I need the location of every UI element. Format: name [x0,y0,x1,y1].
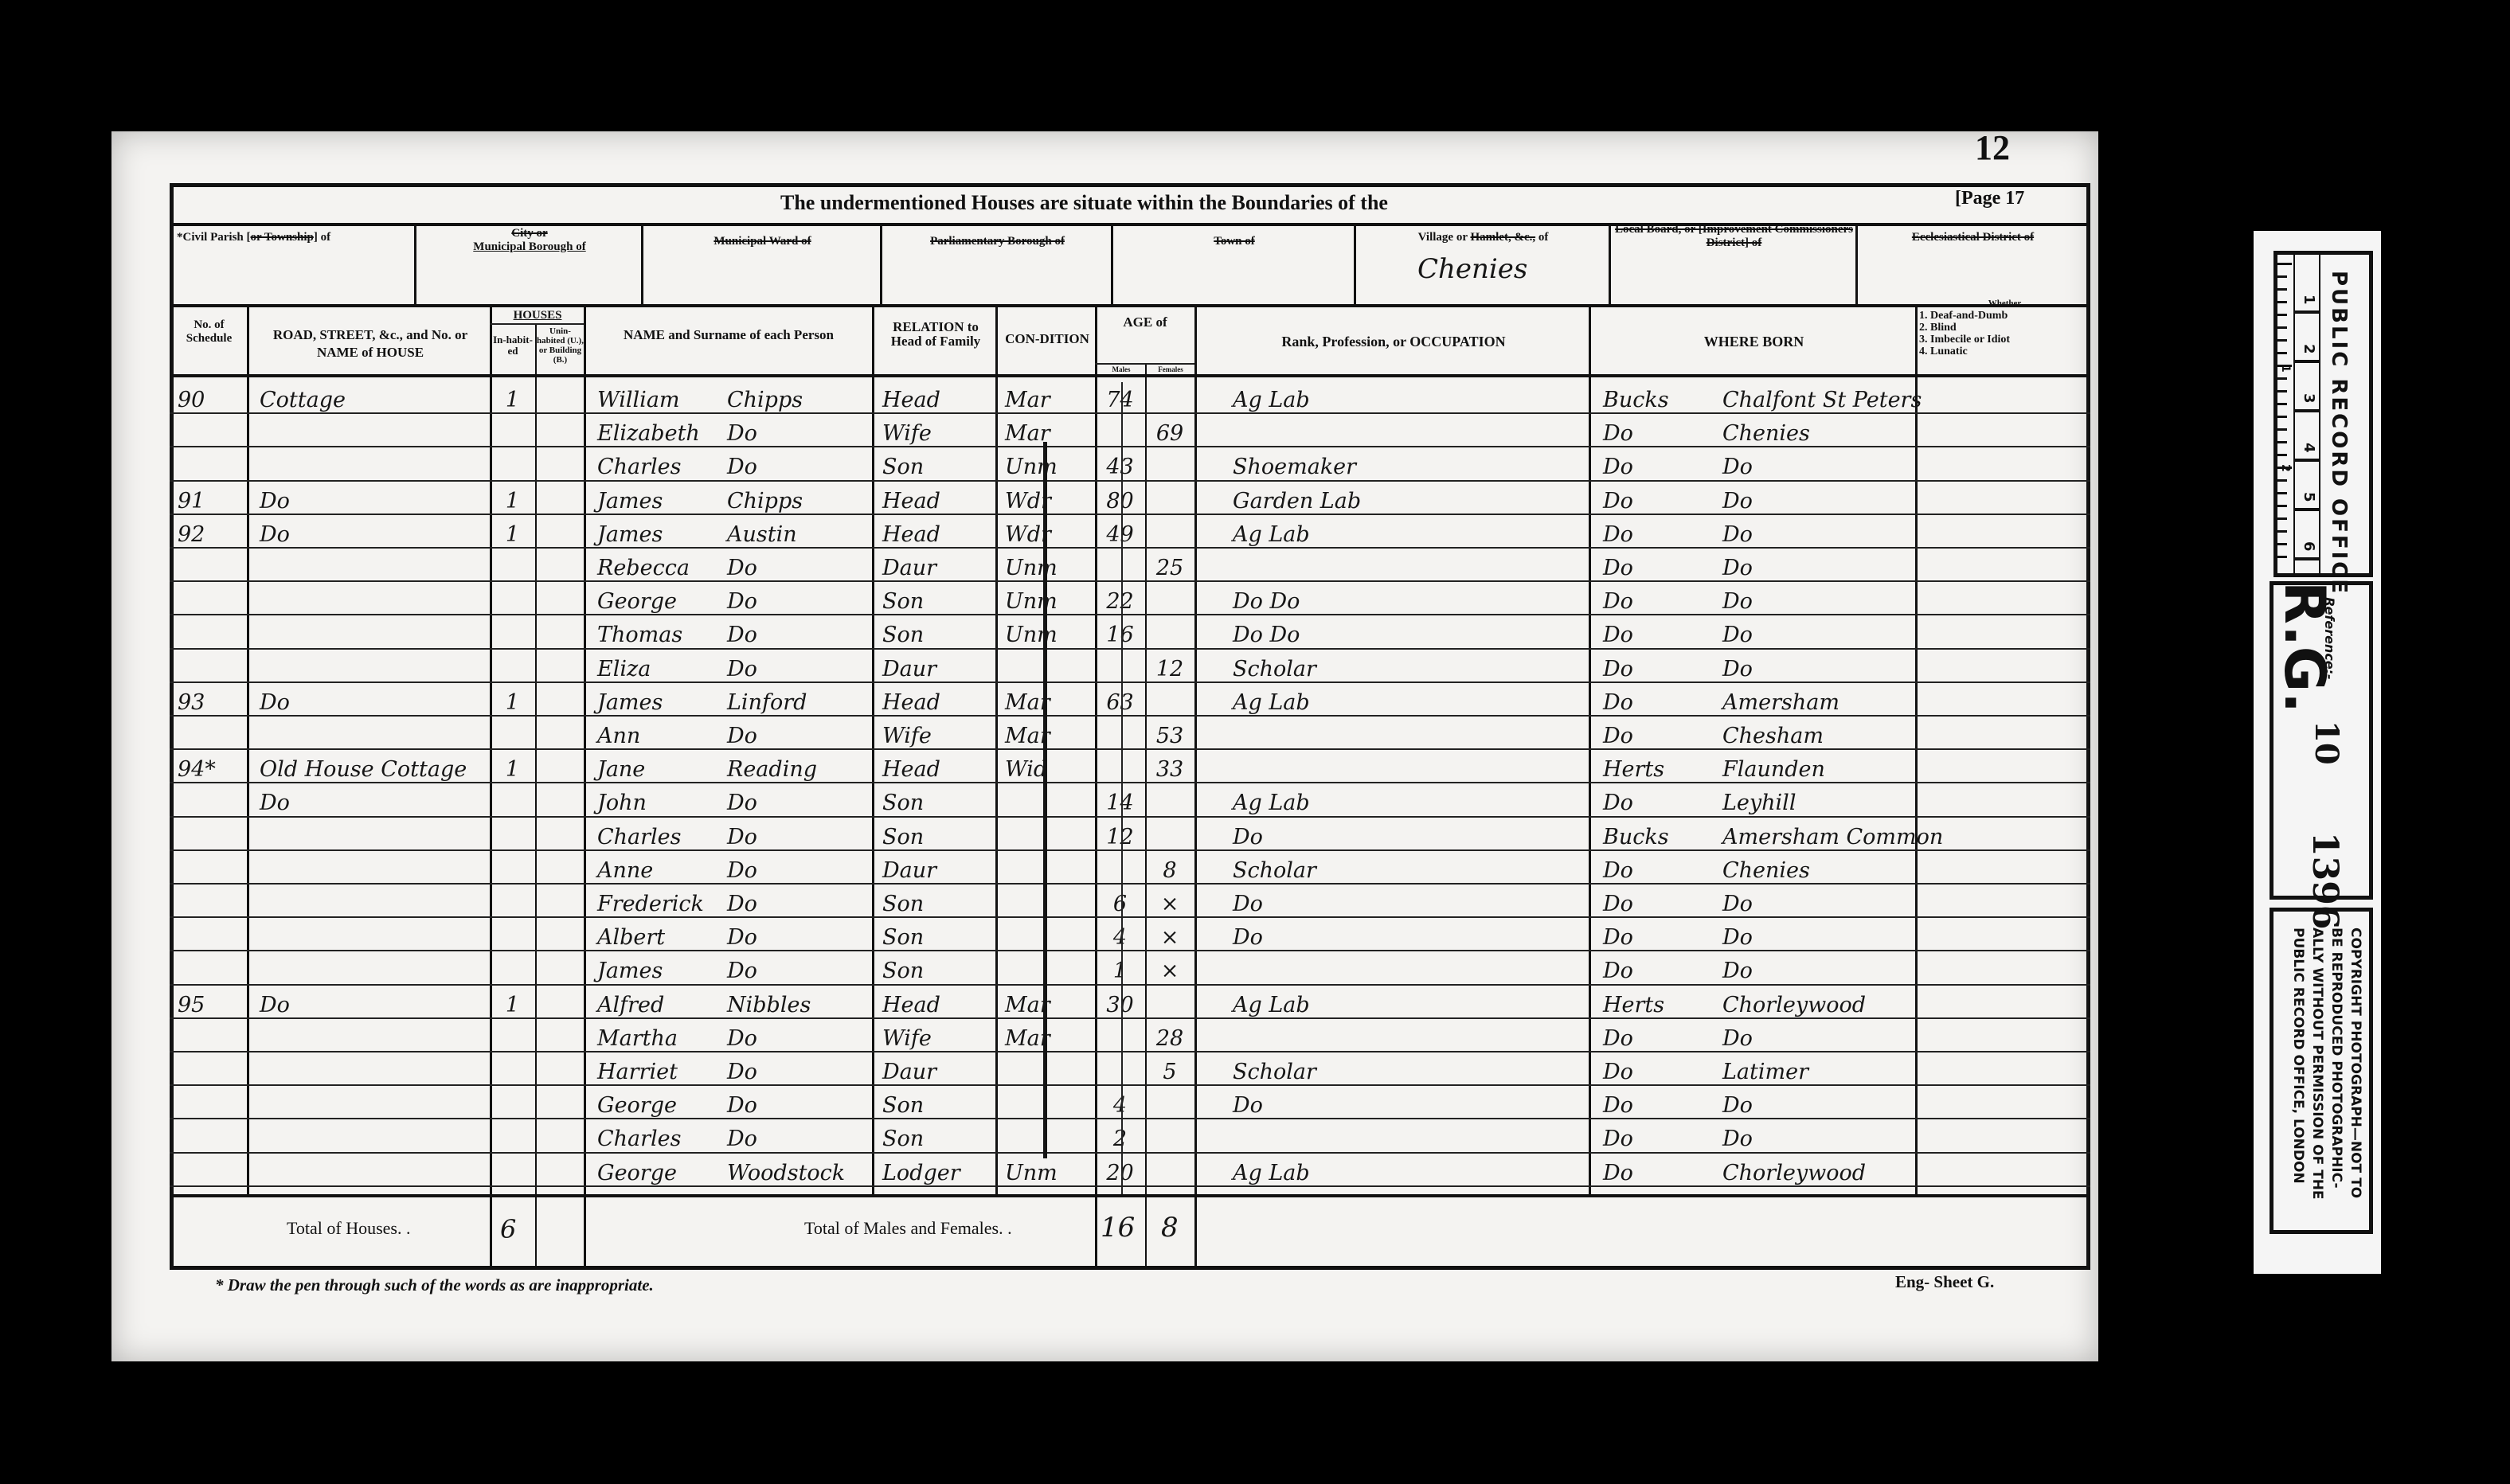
row-forename: Alfred [591,986,726,1017]
row-forename: Frederick [591,885,726,916]
row-road [253,1019,490,1051]
row-surname: Do [721,1119,872,1151]
row-surname: Do [721,885,872,916]
row-forename: George [591,582,726,614]
row-forename: John [591,783,726,815]
row-inhabited [490,1052,535,1084]
row-male-age: 22 [1095,582,1145,614]
row-surname: Chipps [721,482,872,514]
row-occupation: Do Do [1226,615,1589,647]
row-forename: George [591,1154,726,1185]
row-male-age [1095,414,1145,446]
pro-office-label: PUBLIC RECORD OFFICE [2327,271,2351,596]
ruler-tick [2276,517,2287,520]
row-born-county: Do [1597,1019,1716,1051]
row-surname: Do [721,650,872,681]
row-surname: Nibbles [721,986,872,1017]
scale-number: 5 [2301,492,2317,502]
scale-divider [2295,508,2319,511]
row-male-age [1095,1019,1145,1051]
row-schedule [171,783,247,815]
col-uninhabited-header: Unin-habited (U.), or Building (B.) [537,326,584,365]
ruler-tick [2276,275,2287,278]
rule [1855,225,1858,304]
row-male-age: 49 [1095,515,1145,547]
col-relation-header: RELATION to Head of Family [876,320,995,349]
row-inhabited: 1 [490,750,535,782]
row-born-place: Do [1716,615,1955,647]
row-born-county: Herts [1597,750,1716,782]
row-born-place: Do [1716,447,1955,479]
row-surname: Do [721,818,872,849]
row-male-age: 43 [1095,447,1145,479]
row-relation: Head [876,683,995,715]
row-schedule: 95 [171,986,247,1017]
ruler-tick [2276,352,2287,354]
class-number: 10 [2308,721,2345,765]
row-schedule [171,1086,247,1118]
row-female-age: × [1145,918,1194,950]
row-inhabited [490,650,535,681]
row-occupation [1226,750,1589,782]
row-inhabited: 1 [490,515,535,547]
row-inhabited [490,414,535,446]
row-born-county: Do [1597,482,1716,514]
row-inhabited [490,1154,535,1185]
row-relation: Son [876,582,995,614]
ruler-tick [2276,339,2287,342]
row-relation: Son [876,1119,995,1151]
row-forename: Charles [591,1119,726,1151]
row-male-age [1095,549,1145,580]
scale-box [2273,251,2373,577]
ruler-tick [2276,377,2287,380]
row-occupation: Garden Lab [1226,482,1589,514]
row-occupation: Scholar [1226,650,1589,681]
row-relation: Head [876,381,995,412]
row-schedule: 93 [171,683,247,715]
total-males-value: 16 [1101,1212,1135,1244]
row-male-age: 30 [1095,986,1145,1017]
row-born-county: Do [1597,717,1716,748]
scale-divider [2295,409,2319,412]
row-inhabited [490,582,535,614]
row-forename: William [591,381,726,412]
row-schedule [171,414,247,446]
row-relation: Son [876,951,995,983]
row-female-age [1145,582,1194,614]
row-forename: Anne [591,851,726,883]
row-female-age: × [1145,885,1194,916]
row-road [253,717,490,748]
row-road [253,1086,490,1118]
row-male-age [1095,650,1145,681]
row-road: Do [253,515,490,547]
row-road [253,851,490,883]
ruler-tick [2276,505,2287,507]
village-label: Village or Hamlet, &c., of [1358,231,1609,244]
row-road [253,447,490,479]
scale-divider [2295,360,2319,363]
row-female-age: 5 [1145,1052,1194,1084]
total-houses-label: Total of Houses. . [287,1218,411,1239]
rule [170,304,2090,307]
row-born-county: Do [1597,1119,1716,1151]
rule [584,306,586,1270]
row-schedule [171,615,247,647]
ruler-tick [2276,530,2287,533]
row-inhabited: 1 [490,381,535,412]
rule [2319,255,2320,573]
row-relation: Daur [876,1052,995,1084]
row-forename: James [591,951,726,983]
age-ditto-stroke [1121,382,1123,1194]
row-born-place: Do [1716,549,1955,580]
row-schedule [171,1019,247,1051]
scale-divider [2295,459,2319,462]
row-female-age [1145,986,1194,1017]
row-forename: James [591,515,726,547]
row-born-place: Chorleywood [1716,986,1955,1017]
row-born-county: Do [1597,650,1716,681]
row-road [253,885,490,916]
row-rule [170,1185,2090,1187]
parliamentary-borough-label: Parliamentary Borough of [884,235,1111,248]
ruler-tick [2276,479,2287,482]
row-road [253,549,490,580]
village-value: Chenies [1417,253,1527,285]
row-born-place: Do [1716,1019,1955,1051]
row-male-age: 6 [1095,885,1145,916]
archive-reference-strip: PUBLIC RECORD OFFICE 123456 12 Reference… [2254,231,2381,1274]
row-born-county: Do [1597,851,1716,883]
row-inhabited [490,549,535,580]
rule [641,225,643,304]
row-road [253,818,490,849]
row-surname: Do [721,414,872,446]
row-female-age [1145,1086,1194,1118]
row-born-place: Amersham [1716,683,1955,715]
row-born-county: Do [1597,549,1716,580]
row-female-age: × [1145,951,1194,983]
scale-divider [2295,557,2319,560]
ruler-tick [2276,441,2287,443]
row-surname: Do [721,717,872,748]
row-male-age: 14 [1095,783,1145,815]
civil-parish-label: *Civil Parish [or Township] of [177,231,412,244]
col-infirmity-header: Whether 1. Deaf-and-Dumb 2. Blind 3. Imb… [1919,298,2090,357]
row-road: Do [253,683,490,715]
row-inhabited [490,918,535,950]
row-born-county: Do [1597,918,1716,950]
row-forename: Harriet [591,1052,726,1084]
col-houses-header: HOUSES [491,309,584,322]
row-schedule: 92 [171,515,247,547]
row-forename: James [591,683,726,715]
ruler-tick [2276,428,2287,431]
ecclesiastical-district-label: Ecclesiastical District of [1859,231,2086,244]
row-schedule [171,918,247,950]
row-born-county: Do [1597,447,1716,479]
row-inhabited [490,851,535,883]
row-male-age [1095,1052,1145,1084]
row-born-place: Do [1716,582,1955,614]
row-surname: Do [721,615,872,647]
municipal-ward-label: Municipal Ward of [645,235,880,248]
row-schedule: 91 [171,482,247,514]
row-occupation [1226,717,1589,748]
row-relation: Wife [876,1019,995,1051]
row-road [253,1052,490,1084]
series-code: R.G. [2272,581,2337,713]
row-occupation: Do [1226,1086,1589,1118]
row-born-county: Do [1597,582,1716,614]
row-forename: Charles [591,818,726,849]
row-occupation: Ag Lab [1226,683,1589,715]
ruler-number: 2 [2279,464,2292,472]
row-schedule [171,1154,247,1185]
row-forename: Rebecca [591,549,726,580]
row-born-county: Do [1597,683,1716,715]
ruler-tick [2276,390,2287,392]
row-female-age [1145,783,1194,815]
row-road [253,1119,490,1151]
row-surname: Chipps [721,381,872,412]
row-relation: Wife [876,717,995,748]
row-inhabited [490,783,535,815]
row-forename: James [591,482,726,514]
row-born-place: Do [1716,885,1955,916]
row-surname: Do [721,783,872,815]
row-female-age: 25 [1145,549,1194,580]
row-born-place: Chenies [1716,414,1955,446]
row-born-county: Do [1597,615,1716,647]
row-female-age [1145,683,1194,715]
row-occupation: Do [1226,818,1589,849]
banner-text: The undermentioned Houses are situate wi… [780,191,1388,215]
scale-number: 1 [2301,295,2317,305]
row-inhabited: 1 [490,986,535,1017]
row-road: Do [253,783,490,815]
row-born-county: Herts [1597,986,1716,1017]
row-occupation: Ag Lab [1226,515,1589,547]
row-occupation: Scholar [1226,1052,1589,1084]
row-surname: Do [721,447,872,479]
ruler-tick [2276,263,2292,265]
rule [170,374,2090,377]
rule [1354,225,1356,304]
row-schedule [171,447,247,479]
row-female-age: 33 [1145,750,1194,782]
row-forename: Albert [591,918,726,950]
row-born-place: Chorleywood [1716,1154,1955,1185]
row-occupation: Do [1226,885,1589,916]
rule [2293,255,2295,573]
row-relation: Wife [876,414,995,446]
col-males-header: Males [1099,365,1144,373]
row-female-age [1145,447,1194,479]
ruler-tick [2276,403,2287,405]
scale-number: 6 [2301,541,2317,552]
rule [490,323,584,325]
scale-number: 4 [2301,443,2317,453]
col-schedule-header: No. of Schedule [171,318,247,346]
row-schedule [171,650,247,681]
sheet-number: 12 [1975,127,2010,168]
row-inhabited [490,951,535,983]
row-schedule [171,717,247,748]
row-born-place: Do [1716,482,1955,514]
row-forename: Thomas [591,615,726,647]
row-born-place: Do [1716,650,1955,681]
row-forename: Elizabeth [591,414,726,446]
row-born-county: Do [1597,783,1716,815]
row-surname: Do [721,582,872,614]
row-occupation: Scholar [1226,851,1589,883]
row-born-place: Chalfont St Peters [1716,381,1955,412]
row-road: Do [253,482,490,514]
col-name-header: NAME and Surname of each Person [589,326,868,344]
scale-divider [2295,310,2319,314]
row-road [253,582,490,614]
copyright-notice: COPYRIGHT PHOTOGRAPH—NOT TO BE REPRODUCE… [2289,927,2365,1222]
row-road [253,650,490,681]
row-male-age: 4 [1095,1086,1145,1118]
town-label: Town of [1115,235,1354,248]
rule [1095,363,1194,365]
row-inhabited [490,1019,535,1051]
ruler-tick [2276,416,2287,418]
row-male-age: 1 [1095,951,1145,983]
row-road: Do [253,986,490,1017]
row-female-age [1145,482,1194,514]
row-relation: Head [876,986,995,1017]
row-born-county: Do [1597,515,1716,547]
row-female-age [1145,615,1194,647]
row-male-age: 4 [1095,918,1145,950]
row-female-age [1145,515,1194,547]
row-born-county: Do [1597,1154,1716,1185]
ruler-tick [2276,543,2287,545]
col-age-header: AGE of [1097,314,1193,330]
row-schedule: 90 [171,381,247,412]
row-male-age: 74 [1095,381,1145,412]
row-born-county: Do [1597,885,1716,916]
row-born-place: Chesham [1716,717,1955,748]
row-inhabited [490,1119,535,1151]
rule [170,1194,2090,1197]
row-schedule [171,818,247,849]
col-females-header: Females [1147,365,1194,373]
col-occupation-header: Rank, Profession, or OCCUPATION [1198,333,1589,350]
row-born-county: Do [1597,1052,1716,1084]
local-board-label: Local Board, or [Improvement Commissione… [1613,223,1855,250]
row-male-age: 2 [1095,1119,1145,1151]
row-road: Old House Cottage [253,750,490,782]
row-occupation: Do Do [1226,582,1589,614]
row-inhabited [490,885,535,916]
row-forename: Ann [591,717,726,748]
row-born-place: Latimer [1716,1052,1955,1084]
row-female-age [1145,1154,1194,1185]
total-females-value: 8 [1161,1212,1179,1244]
row-surname: Do [721,1019,872,1051]
row-female-age [1145,1119,1194,1151]
row-surname: Linford [721,683,872,715]
row-inhabited: 1 [490,482,535,514]
rule [880,225,882,304]
row-occupation [1226,1119,1589,1151]
row-road [253,615,490,647]
row-inhabited [490,1086,535,1118]
row-occupation: Ag Lab [1226,1154,1589,1185]
page-label: [Page 17 [1955,188,2024,209]
municipal-borough-label: City or Municipal Borough of [418,227,641,254]
row-born-place: Chenies [1716,851,1955,883]
row-born-county: Bucks [1597,381,1716,412]
row-male-age [1095,717,1145,748]
row-male-age [1095,851,1145,883]
row-schedule [171,1052,247,1084]
row-surname: Austin [721,515,872,547]
row-female-age [1145,381,1194,412]
rule [1194,306,1197,1270]
row-occupation: Shoemaker [1226,447,1589,479]
row-occupation [1226,951,1589,983]
row-relation: Son [876,918,995,950]
row-inhabited [490,818,535,849]
row-schedule [171,851,247,883]
row-born-county: Do [1597,414,1716,446]
ruler-tick [2276,314,2287,316]
row-relation: Son [876,818,995,849]
row-male-age: 63 [1095,683,1145,715]
row-occupation: Ag Lab [1226,381,1589,412]
row-road [253,918,490,950]
row-inhabited: 1 [490,683,535,715]
scale-number: 2 [2301,344,2317,354]
row-forename: Jane [591,750,726,782]
ruler-tick [2276,454,2287,456]
row-relation: Head [876,515,995,547]
condition-ditto-stroke [1043,442,1047,1158]
row-born-place: Do [1716,918,1955,950]
row-schedule [171,885,247,916]
row-relation: Head [876,482,995,514]
row-inhabited [490,615,535,647]
row-female-age: 69 [1145,414,1194,446]
row-road [253,414,490,446]
row-female-age: 8 [1145,851,1194,883]
row-occupation: Ag Lab [1226,986,1589,1017]
row-road [253,1154,490,1185]
row-relation: Lodger [876,1154,995,1185]
row-relation: Daur [876,650,995,681]
row-female-age: 53 [1145,717,1194,748]
footnote: * Draw the pen through such of the words… [215,1275,654,1295]
row-relation: Son [876,885,995,916]
row-schedule: 94* [171,750,247,782]
row-condition: Mar [999,381,1095,412]
col-inhabited-header: In-habit-ed [491,334,535,357]
row-surname: Do [721,918,872,950]
row-born-county: Do [1597,951,1716,983]
row-male-age: 16 [1095,615,1145,647]
row-relation: Daur [876,851,995,883]
row-surname: Do [721,1052,872,1084]
row-inhabited [490,447,535,479]
row-relation: Son [876,447,995,479]
